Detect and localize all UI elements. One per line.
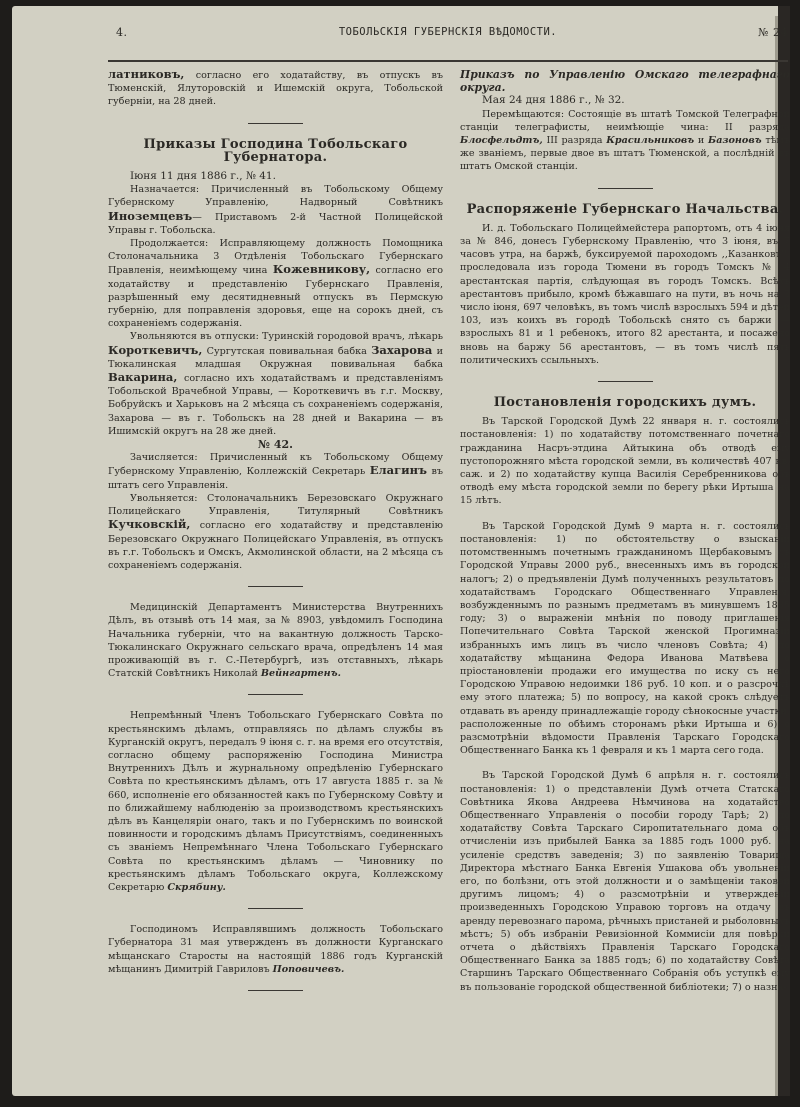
order-41-extension: Продолжается: Исправляющему должность По… xyxy=(108,237,443,330)
left-column: латниковъ, согласно его ходатайству, въ … xyxy=(108,68,443,1005)
order-41-appointment: Назначается: Причисленный въ Тобольскому… xyxy=(108,183,443,237)
order-42-leave: Увольняется: Столоначальникъ Березовскаг… xyxy=(108,492,443,572)
issue-number: № 24 xyxy=(758,26,788,39)
intro-continuation: латниковъ, согласно его ходатайству, въ … xyxy=(108,68,443,109)
duma-resolution-jan-22: Въ Тарской Городской Думѣ 22 января н. г… xyxy=(460,415,790,507)
order-41-leaves: Увольняются въ отпуски: Туринскій городо… xyxy=(108,330,443,438)
separator xyxy=(598,381,653,382)
medical-department-notice: Медицинскій Департаментъ Министерства Вн… xyxy=(108,601,443,680)
telegraph-order-heading: Приказъ по Управленію Омскаго телеграфна… xyxy=(460,68,790,94)
page-header: 4. ТОБОЛЬСКІЯ ГУБЕРНСКІЯ ВѢДОМОСТИ. № 24 xyxy=(108,26,788,44)
newspaper-title: ТОБОЛЬСКІЯ ГУБЕРНСКІЯ ВѢДОМОСТИ. xyxy=(108,26,788,38)
duma-resolution-apr-6: Въ Тарской Городской Думѣ 6 апрѣля н. г.… xyxy=(460,769,790,993)
separator xyxy=(248,908,303,909)
order-42-enrollment: Зачисляется: Причисленный къ Тобольскому… xyxy=(108,451,443,492)
kurgan-elder-notice: Господиномъ Исправлявшимъ должность Тобо… xyxy=(108,923,443,976)
right-column: Приказъ по Управленію Омскаго телеграфна… xyxy=(460,68,790,994)
separator xyxy=(248,990,303,991)
order-42-number: № 42. xyxy=(108,438,443,451)
duma-resolution-mar-9: Въ Тарской Городской Думѣ 9 марта н. г. … xyxy=(460,520,790,758)
prisoner-transport-report: И. д. Тобольскаго Полицеймейстера рапорт… xyxy=(460,222,790,367)
header-rule xyxy=(108,60,788,62)
section-heading-governor-orders: Приказы Господина Тобольскаго Губернатор… xyxy=(108,138,443,164)
separator xyxy=(248,123,303,124)
separator xyxy=(598,188,653,189)
telegraph-order-text: Перемѣщаются: Состоящіе въ штатѣ Томской… xyxy=(460,108,790,174)
section-heading-city-dumas: Постановленія городскихъ думъ. xyxy=(460,396,790,409)
order-41-date: Іюня 11 дня 1886 г., № 41. xyxy=(108,170,443,183)
separator xyxy=(248,694,303,695)
permanent-member-notice: Непремѣнный Членъ Тобольскаго Губернскаг… xyxy=(108,709,443,894)
telegraph-order-date: Мая 24 дня 1886 г., № 32. xyxy=(460,94,790,107)
separator xyxy=(248,586,303,587)
section-heading-provincial-order: Распоряженіе Губернскаго Начальства. xyxy=(460,203,790,216)
